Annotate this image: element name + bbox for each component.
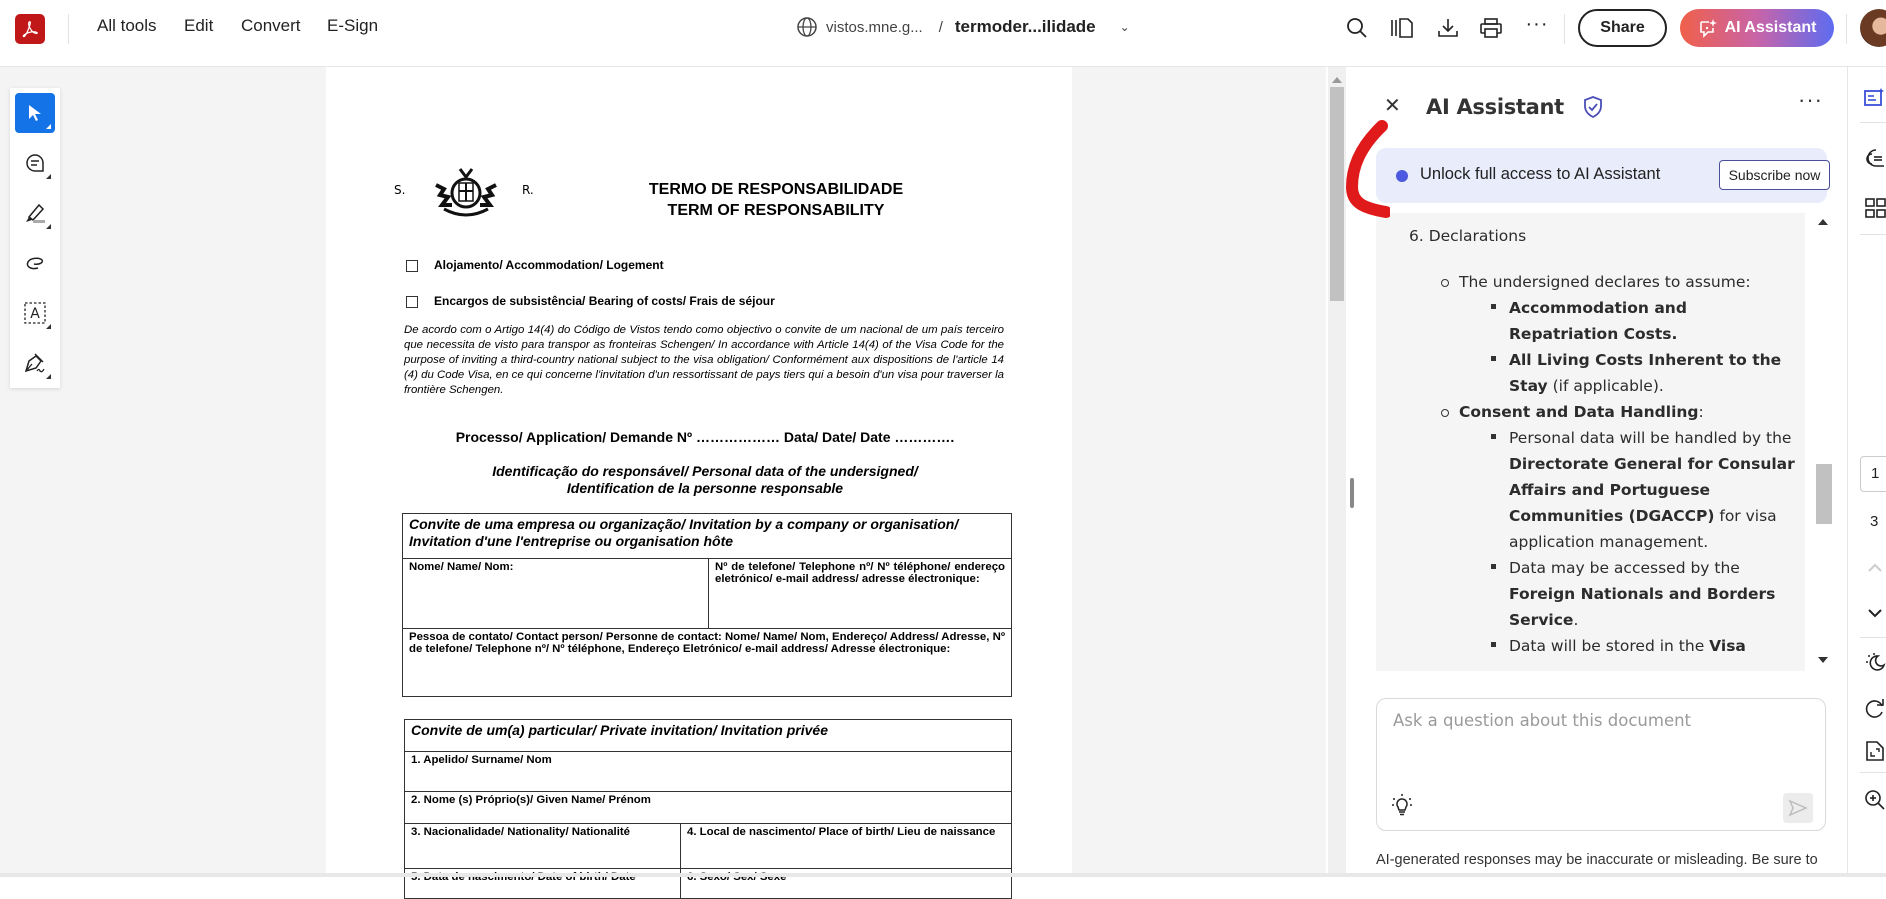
given-name-field[interactable]: 2. Nome (s) Próprio(s)/ Given Name/ Prén… — [405, 792, 1012, 824]
birthplace-field[interactable]: 4. Local de nascimento/ Place of birth/ … — [681, 824, 1012, 869]
ident-line-2: Identification de la personne responsabl… — [338, 480, 1072, 497]
ai-assistant-panel: ✕ AI Assistant ··· Unlock full access to… — [1348, 67, 1846, 877]
scroll-up-icon[interactable] — [1818, 219, 1828, 225]
acrobat-logo[interactable] — [15, 14, 45, 44]
document-scrollbar[interactable] — [1328, 67, 1346, 877]
nav-e-sign[interactable]: E-Sign — [327, 16, 378, 36]
scroll-up-icon[interactable] — [1332, 77, 1342, 83]
title-line-1: TERMO DE RESPONSABILIDADE — [606, 179, 946, 200]
scrollbar-thumb[interactable] — [1330, 87, 1344, 301]
costs-label: Encargos de subsistência/ Bearing of cos… — [434, 294, 775, 308]
select-tool[interactable] — [15, 93, 55, 133]
ai-answer-content: 6. Declarations The undersigned declares… — [1376, 213, 1805, 671]
dark-mode-icon[interactable] — [1864, 652, 1886, 674]
download-icon[interactable] — [1435, 15, 1461, 41]
private-table-heading: Convite de um(a) particular/ Private inv… — [405, 720, 1012, 752]
panel-resize-handle[interactable] — [1350, 478, 1354, 508]
accommodation-label: Alojamento/ Accommodation/ Logement — [434, 258, 664, 272]
answer-subitem: All Living Costs Inherent to the Stay (i… — [1509, 347, 1799, 399]
text-box-tool[interactable]: A — [15, 293, 55, 333]
panel-title: AI Assistant — [1426, 95, 1564, 119]
quick-tools-rail: A — [10, 88, 60, 388]
answer-subitem: Data will be stored in the Visa — [1509, 633, 1799, 659]
ai-assistant-label: AI Assistant — [1725, 19, 1817, 37]
subscription-banner: Unlock full access to AI Assistant Subsc… — [1376, 148, 1827, 203]
application-line: Processo/ Application/ Demande Nº ………………… — [326, 429, 1072, 445]
more-icon[interactable]: ··· — [1524, 11, 1550, 37]
print-icon[interactable] — [1478, 15, 1504, 41]
draw-tool[interactable] — [15, 243, 55, 283]
answer-item: Consent and Data Handling:Personal data … — [1459, 399, 1799, 659]
promo-text: Unlock full access to AI Assistant — [1420, 165, 1660, 184]
subscribe-now-button[interactable]: Subscribe now — [1719, 160, 1830, 190]
divider — [1846, 14, 1847, 44]
answer-subitem: Data may be accessed by the Foreign Nati… — [1509, 555, 1799, 633]
divider — [1564, 14, 1565, 44]
highlight-tool[interactable] — [15, 193, 55, 233]
lightbulb-icon[interactable] — [1391, 793, 1413, 817]
ident-line-1: Identificação do responsável/ Personal d… — [338, 463, 1072, 480]
answer-subitem: Accommodation and Repatriation Costs. — [1509, 295, 1799, 347]
cursor-arrow-icon — [26, 103, 44, 123]
divider — [1860, 122, 1886, 123]
search-icon[interactable] — [1344, 15, 1370, 41]
divider — [68, 14, 69, 44]
previous-page-icon[interactable] — [1864, 557, 1886, 579]
contact-person-field[interactable]: Pessoa de contato/ Contact person/ Perso… — [403, 629, 1012, 697]
ai-assistant-button[interactable]: AI Assistant — [1680, 9, 1834, 47]
share-button[interactable]: Share — [1578, 9, 1667, 47]
answer-list: The undersigned declares to assume:Accom… — [1459, 269, 1799, 659]
company-invitation-table: Convite de uma empresa ou organização/ I… — [402, 513, 1012, 697]
more-options-icon[interactable]: ··· — [1798, 87, 1823, 113]
ai-summary-icon[interactable] — [1864, 87, 1886, 109]
divider — [1860, 772, 1886, 773]
ai-sparkle-icon — [1698, 18, 1718, 38]
page-thumbnails-icon[interactable] — [1389, 15, 1415, 41]
ai-disclaimer: AI-generated responses may be inaccurate… — [1376, 852, 1818, 868]
next-page-icon[interactable] — [1864, 602, 1886, 624]
costs-checkbox[interactable] — [406, 296, 418, 308]
svg-text:A: A — [30, 306, 40, 322]
breadcrumb-file[interactable]: termoder...ilidade — [955, 17, 1096, 37]
pen-nib-icon — [23, 352, 47, 374]
surname-field[interactable]: 1. Apelido/ Surname/ Nom — [405, 752, 1012, 792]
answer-scrollbar[interactable] — [1814, 213, 1832, 671]
send-button[interactable] — [1783, 793, 1813, 823]
divider — [1860, 234, 1886, 235]
company-phone-field[interactable]: Nº de telefone/ Telephone nº/ Nº télépho… — [709, 559, 1012, 629]
emblem-left-text: S. — [394, 183, 405, 197]
text-box-icon: A — [24, 302, 46, 324]
scroll-down-icon[interactable] — [1818, 657, 1828, 663]
send-icon — [1788, 799, 1808, 817]
total-pages: 3 — [1870, 513, 1878, 530]
identification-heading: Identificação do responsável/ Personal d… — [326, 463, 1072, 497]
private-invitation-table: Convite de um(a) particular/ Private inv… — [404, 719, 1012, 877]
close-icon[interactable]: ✕ — [1384, 93, 1401, 118]
ask-question-input[interactable] — [1393, 711, 1793, 730]
status-dot-icon — [1396, 170, 1408, 182]
question-box — [1376, 698, 1826, 831]
answer-item: The undersigned declares to assume:Accom… — [1459, 269, 1799, 399]
comments-icon[interactable] — [1864, 147, 1886, 169]
coat-of-arms-icon — [426, 167, 506, 219]
globe-icon — [796, 16, 818, 38]
nav-edit[interactable]: Edit — [184, 16, 213, 36]
nav-all-tools[interactable]: All tools — [97, 16, 157, 36]
acrobat-icon — [21, 20, 39, 38]
intro-paragraph: De acordo com o Artigo 14(4) do Código d… — [404, 323, 1004, 398]
shield-check-icon[interactable] — [1582, 95, 1604, 119]
answer-heading: 6. Declarations — [1409, 227, 1526, 245]
comment-icon — [24, 152, 46, 174]
emblem-right-text: R. — [522, 183, 534, 197]
current-page-input[interactable]: 1 — [1860, 456, 1886, 492]
chevron-down-icon[interactable]: ⌄ — [1120, 20, 1130, 34]
divider — [1860, 637, 1886, 638]
nav-convert[interactable]: Convert — [241, 16, 301, 36]
accommodation-checkbox[interactable] — [406, 260, 418, 272]
nationality-field[interactable]: 3. Nacionalidade/ Nationality/ Nationali… — [405, 824, 681, 869]
highlighter-icon — [23, 202, 47, 224]
breadcrumb-site[interactable]: vistos.mne.g... — [826, 19, 923, 36]
comment-tool[interactable] — [15, 143, 55, 183]
zoom-in-icon[interactable] — [1864, 789, 1886, 811]
title-line-2: TERM OF RESPONSABILITY — [606, 200, 946, 221]
sign-tool[interactable] — [15, 343, 55, 383]
breadcrumb-separator: / — [939, 19, 943, 36]
organize-pages-icon[interactable] — [1864, 197, 1886, 219]
right-rail: 1 3 — [1847, 67, 1886, 877]
document-title: TERMO DE RESPONSABILIDADE TERM OF RESPON… — [606, 179, 946, 221]
freehand-icon — [24, 255, 46, 271]
company-name-field[interactable]: Nome/ Name/ Nom: — [403, 559, 709, 629]
user-avatar[interactable] — [1860, 9, 1886, 47]
bottom-border — [0, 873, 1886, 877]
rotate-icon[interactable] — [1864, 697, 1886, 719]
scrollbar-thumb[interactable] — [1816, 464, 1832, 524]
pdf-page: S. R. TERMO DE RESPONSABILIDADE TERM OF … — [326, 67, 1072, 877]
fit-page-icon[interactable] — [1864, 740, 1886, 762]
company-table-heading: Convite de uma empresa ou organização/ I… — [403, 514, 1012, 559]
answer-subitem: Personal data will be handled by the Dir… — [1509, 425, 1799, 555]
top-bar: All tools Edit Convert E-Sign vistos.mne… — [0, 0, 1886, 67]
breadcrumb: vistos.mne.g... / termoder...ilidade ⌄ — [796, 16, 1130, 38]
